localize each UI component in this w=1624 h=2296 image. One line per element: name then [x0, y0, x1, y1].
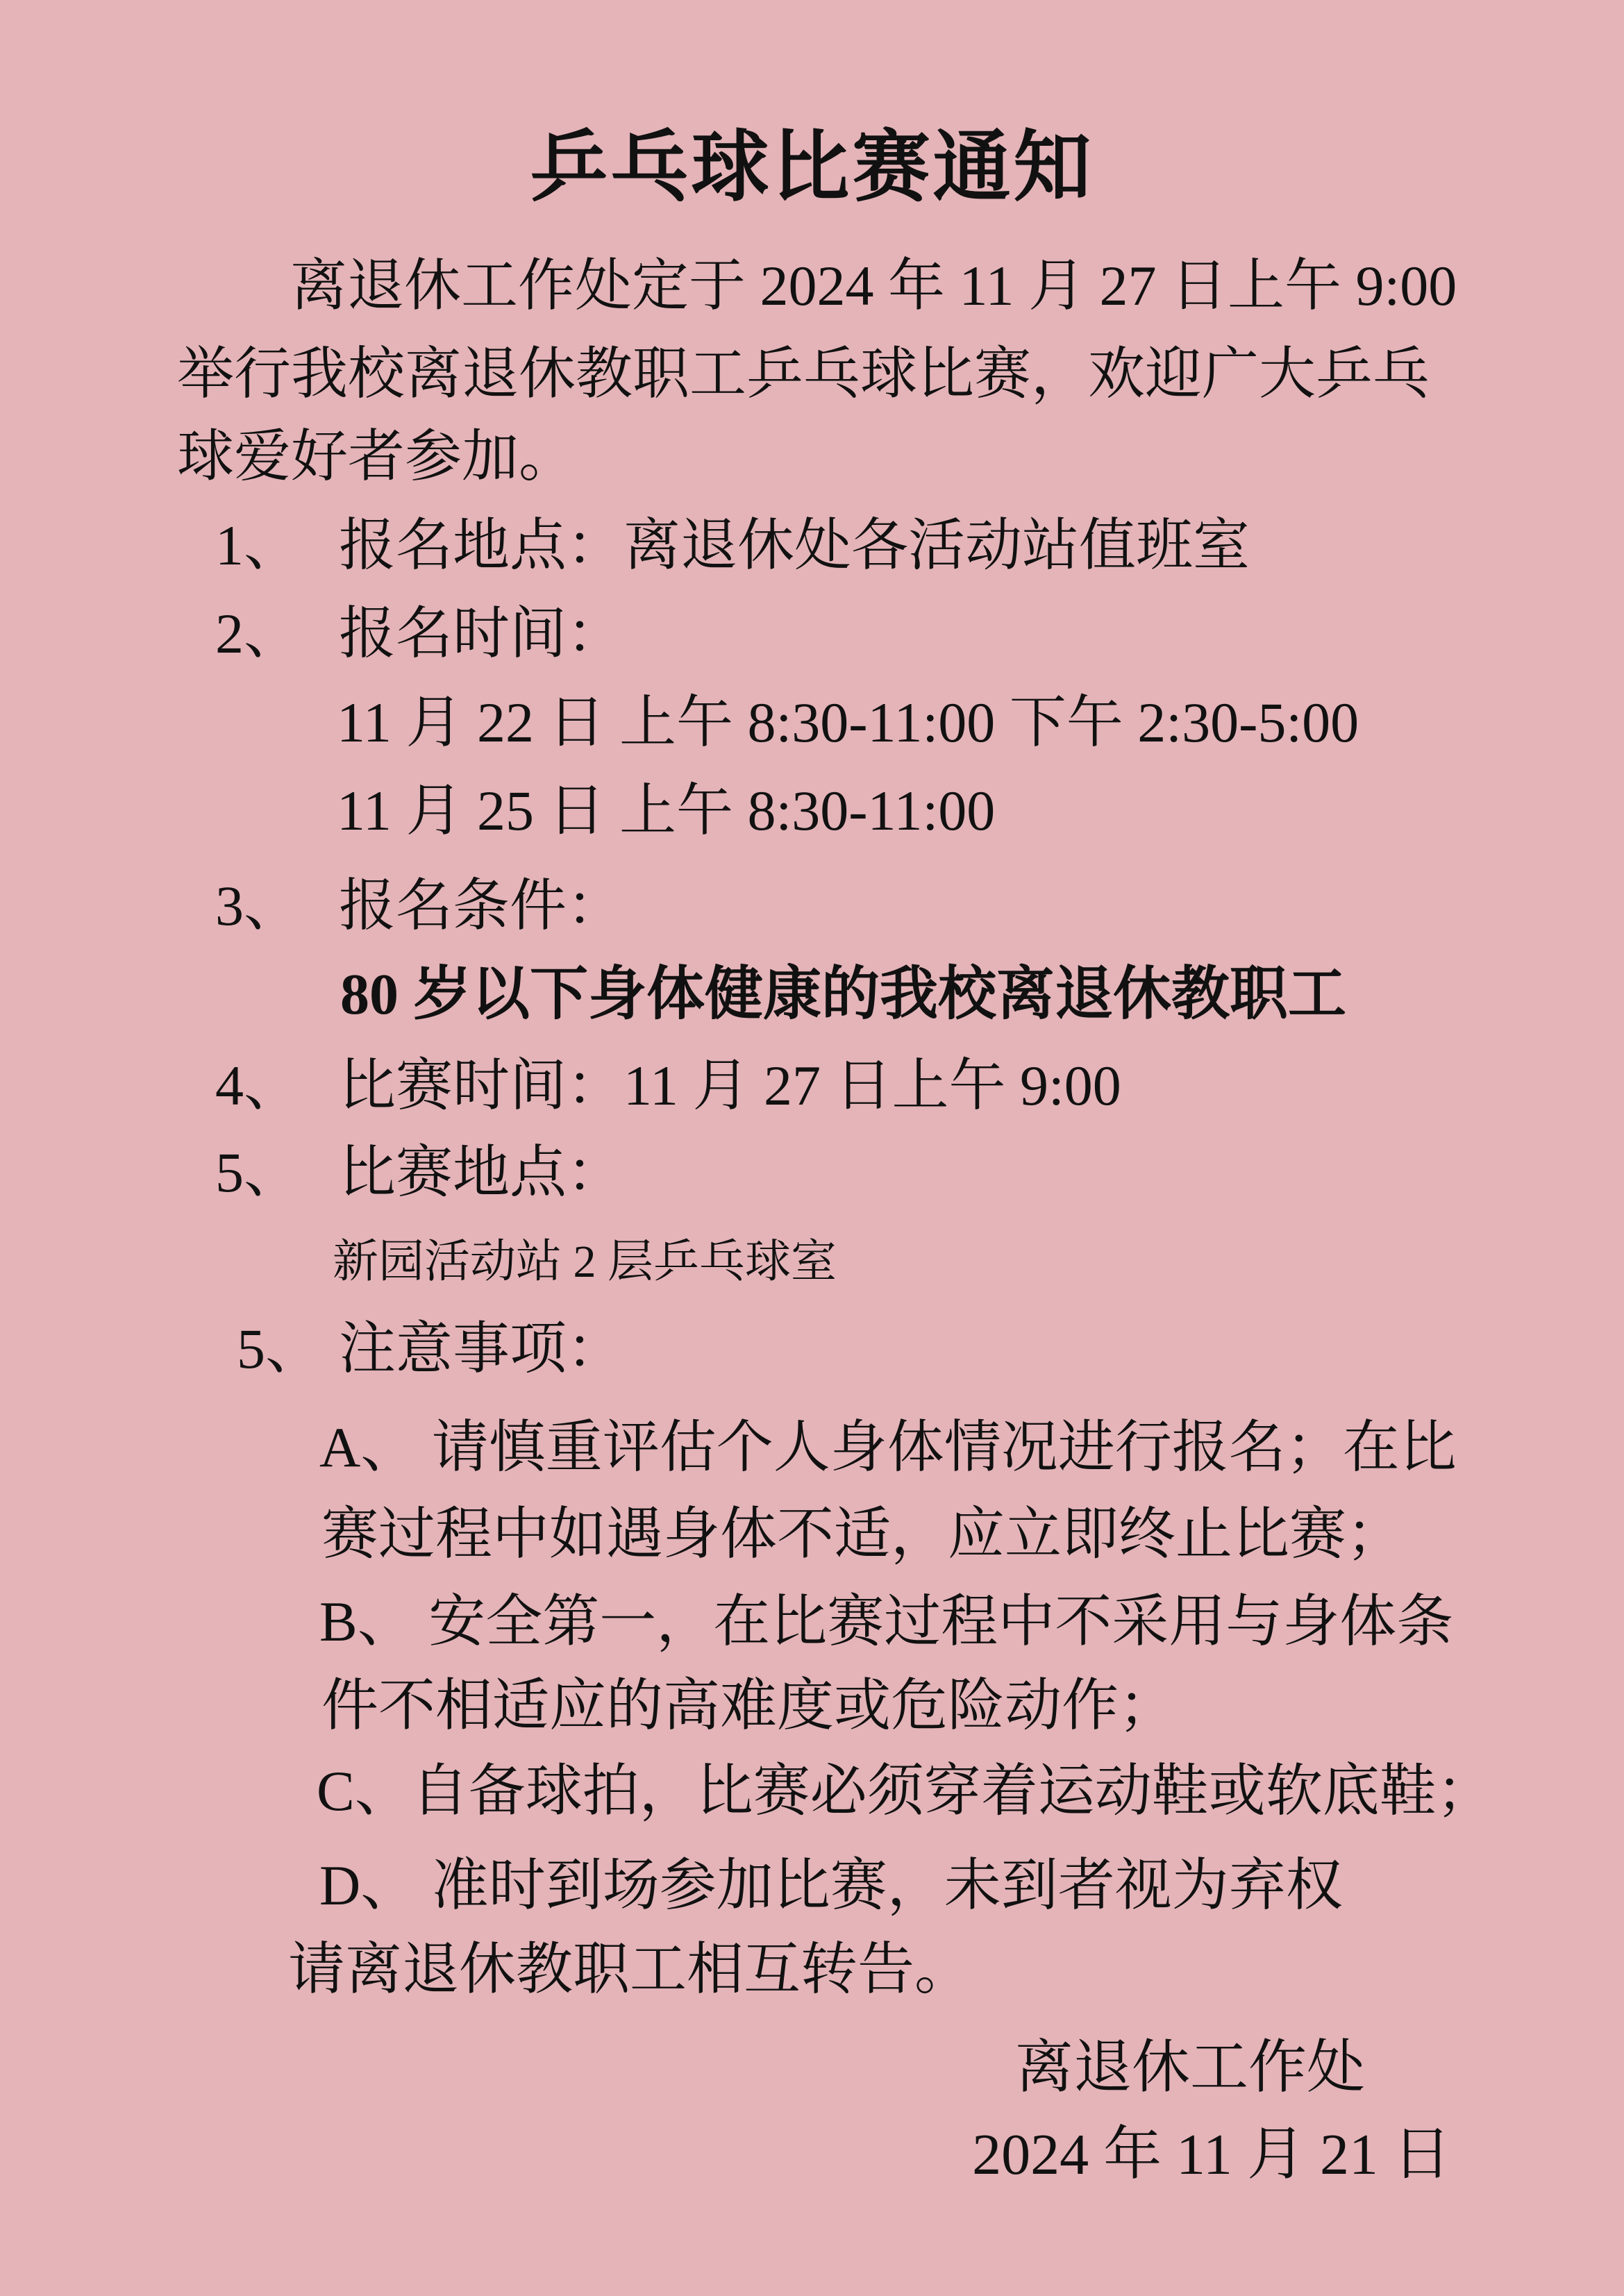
- list-item-2: 2、报名时间：: [215, 601, 623, 667]
- registration-time-1: 11 月 22 日 上午 8:30-11:00 下午 2:30-5:00: [337, 690, 1359, 755]
- list-item-1-number: 1、: [215, 513, 339, 578]
- list-item-2-text: 报名时间：: [339, 602, 623, 665]
- list-item-4: 4、比赛时间：11 月 27 日上午 9:00: [215, 1053, 1121, 1118]
- page-title: 乒乓球比赛通知: [0, 124, 1624, 213]
- list-item-6-text: 注意事项：: [339, 1317, 623, 1380]
- notice-document: 乒乓球比赛通知 离退休工作处定于 2024 年 11 月 27 日上午 9:00…: [0, 0, 1624, 2296]
- list-item-3-text: 报名条件：: [339, 874, 623, 937]
- list-item-5: 5、比赛地点：: [215, 1140, 623, 1205]
- list-item-6: 5、注意事项：: [237, 1316, 623, 1382]
- list-item-3: 3、报名条件：: [215, 873, 623, 939]
- list-item-1-text: 报名地点：离退休处各活动站值班室: [339, 514, 1250, 577]
- note-d-line: D、 准时到场参加比赛，未到者视为弃权: [319, 1853, 1343, 1918]
- signature-date: 2024 年 11 月 21 日: [972, 2122, 1451, 2189]
- list-item-1: 1、报名地点：离退休处各活动站值班室: [215, 513, 1250, 578]
- signature-department: 离退休工作处: [1015, 2035, 1365, 2102]
- intro-line-1: 离退休工作处定于 2024 年 11 月 27 日上午 9:00: [290, 253, 1457, 319]
- note-a-line-2: 赛过程中如遇身体不适，应立即终止比赛；: [321, 1502, 1403, 1567]
- list-item-4-text: 比赛时间：11 月 27 日上午 9:00: [339, 1054, 1121, 1117]
- closing-line: 请离退休教职工相互转告。: [288, 1937, 971, 2002]
- list-item-5-text: 比赛地点：: [339, 1141, 623, 1204]
- note-b-line-2: 件不相适应的高难度或危险动作；: [321, 1673, 1175, 1738]
- intro-line-3: 球爱好者参加。: [177, 424, 576, 489]
- list-item-5-number: 5、: [215, 1140, 339, 1205]
- list-item-2-number: 2、: [215, 601, 339, 667]
- venue-line: 新园活动站 2 层乒乓球室: [333, 1236, 837, 1289]
- list-item-6-number: 5、: [237, 1316, 339, 1382]
- list-item-3-number: 3、: [215, 873, 339, 939]
- note-b-line-1: B、 安全第一，在比赛过程中不采用与身体条: [319, 1589, 1453, 1654]
- list-item-4-number: 4、: [215, 1053, 339, 1118]
- registration-time-2: 11 月 25 日 上午 8:30-11:00: [337, 778, 995, 844]
- note-a-line-1: A、 请慎重评估个人身体情况进行报名；在比: [319, 1415, 1457, 1480]
- eligibility-condition: 80 岁以下身体健康的我校离退休教职工: [340, 962, 1346, 1029]
- note-c-line: C、自备球拍，比赛必须穿着运动鞋或软底鞋；: [317, 1759, 1493, 1824]
- intro-line-2: 举行我校离退休教职工乒乓球比赛，欢迎广大乒乓: [177, 342, 1430, 407]
